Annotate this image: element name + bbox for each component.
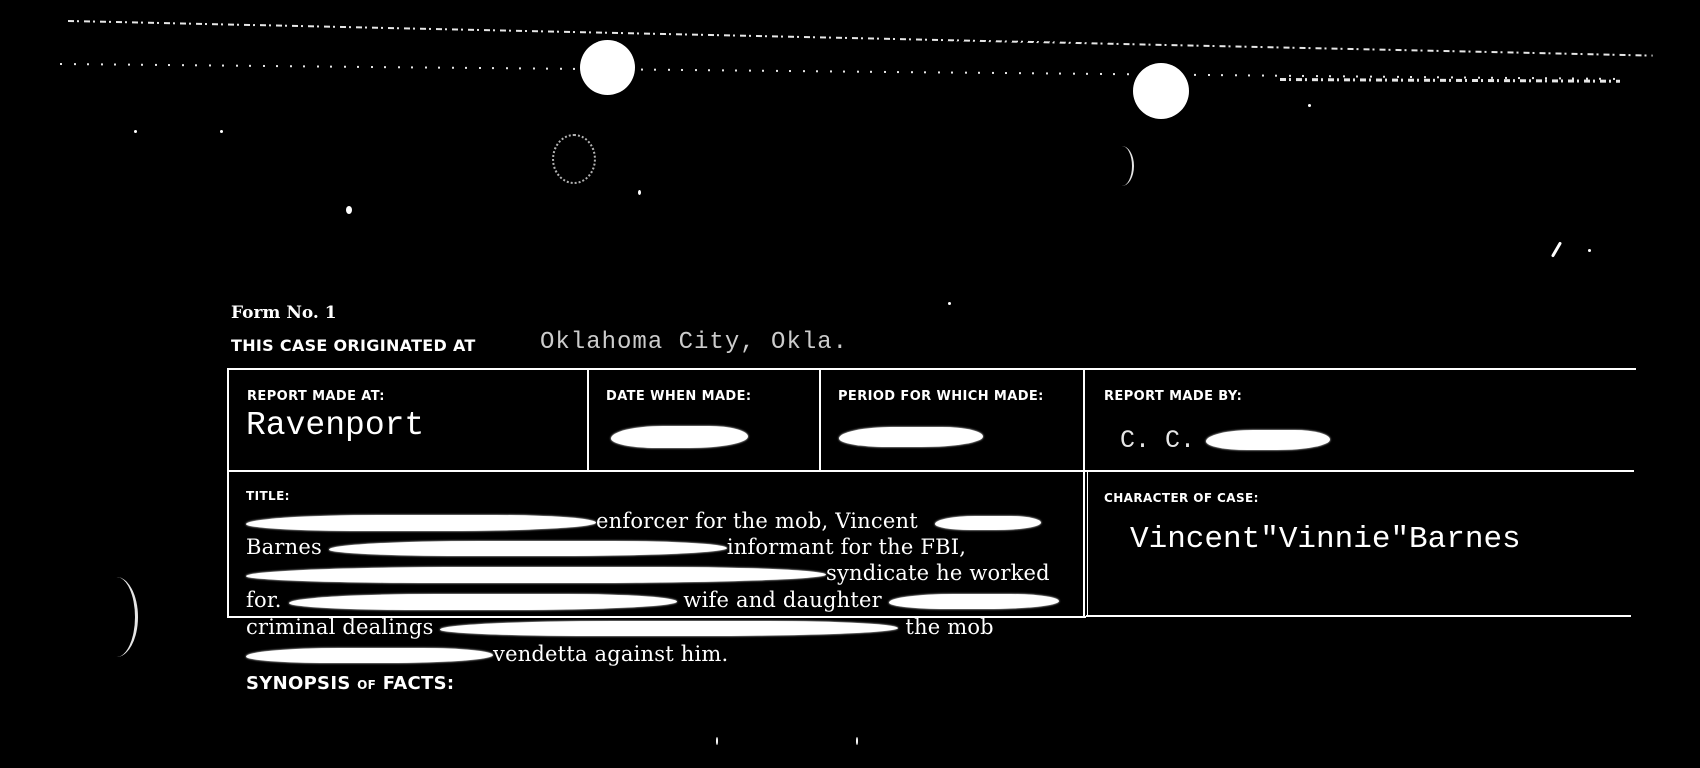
title-line-1: enforcer for the mob, Vincent	[246, 508, 1041, 534]
form-number: Form No. 1	[231, 303, 337, 323]
synopsis-label-of: OF	[357, 678, 376, 692]
scan-speck	[716, 737, 718, 745]
synopsis-label-end: FACTS:	[383, 673, 455, 694]
case-origin-label: THIS CASE ORIGINATED AT	[231, 336, 476, 355]
scan-speck	[638, 190, 641, 195]
column-divider-2	[819, 369, 821, 471]
date-when-made-redaction	[611, 426, 748, 448]
scan-speck	[1588, 249, 1591, 252]
column-divider-3b	[1087, 471, 1088, 617]
title-text: criminal dealings	[246, 615, 434, 639]
title-text: vendetta against him.	[493, 642, 728, 666]
scan-speck	[1551, 241, 1562, 257]
report-made-by-label: REPORT MADE BY:	[1104, 389, 1242, 404]
title-text: the mob	[905, 615, 993, 639]
title-redaction	[329, 541, 727, 556]
scan-speck	[346, 206, 352, 214]
title-line-2: Barnes informant for the FBI,	[246, 534, 966, 560]
title-redaction	[246, 648, 493, 663]
scan-speck	[220, 130, 223, 133]
punch-hole-arc-right	[1110, 146, 1134, 186]
case-origin-value: Oklahoma City, Okla.	[540, 329, 848, 356]
title-redaction	[440, 621, 898, 636]
scan-edge-line-right	[1280, 78, 1620, 83]
table-left-border	[227, 368, 229, 618]
row-divider	[228, 470, 1634, 472]
report-made-at-label: REPORT MADE AT:	[247, 389, 385, 404]
title-line-4: for. wife and daughter	[246, 587, 1059, 613]
title-redaction	[246, 567, 826, 583]
report-made-by-value: C. C.	[1120, 426, 1195, 455]
column-divider-3	[1083, 369, 1085, 617]
title-text: informant for the FBI,	[727, 535, 966, 559]
report-made-by-redaction	[1206, 430, 1330, 450]
punch-hole-ring-left	[552, 134, 596, 184]
title-text: for.	[246, 588, 282, 612]
scan-speck	[856, 737, 858, 745]
scan-speck	[134, 130, 137, 133]
column-divider-1	[587, 369, 589, 471]
scan-speck	[948, 302, 951, 305]
synopsis-of-facts-label: SYNOPSIS OF FACTS:	[246, 673, 454, 694]
report-made-at-value: Ravenport	[246, 407, 424, 444]
title-line-6: vendetta against him.	[246, 641, 728, 667]
period-redaction	[839, 427, 983, 447]
title-label: TITLE:	[246, 489, 290, 503]
title-line-3: syndicate he worked	[246, 560, 1050, 586]
scan-edge-line-second	[60, 63, 1620, 80]
punch-hole-left	[580, 40, 635, 95]
title-text: enforcer for the mob, Vincent	[596, 509, 918, 533]
date-when-made-label: DATE WHEN MADE:	[606, 389, 752, 404]
title-line-5: criminal dealings the mob	[246, 614, 994, 640]
character-of-case-label: CHARACTER OF CASE:	[1104, 491, 1259, 505]
synopsis-label-main: SYNOPSIS	[246, 673, 351, 694]
scan-arc-left	[95, 577, 138, 657]
title-text: syndicate he worked	[826, 561, 1050, 585]
table-top-border	[228, 368, 1636, 370]
character-of-case-value: Vincent"Vinnie"Barnes	[1130, 522, 1521, 557]
title-redaction	[889, 594, 1059, 609]
table-bottom-right	[1086, 615, 1631, 617]
scan-edge-line-top	[68, 20, 1653, 57]
title-text: wife and daughter	[683, 588, 882, 612]
title-text: Barnes	[246, 535, 322, 559]
title-redaction	[246, 515, 596, 531]
title-redaction	[289, 594, 677, 610]
scan-speck	[1308, 104, 1311, 107]
punch-hole-right	[1133, 63, 1189, 119]
title-redaction	[935, 516, 1041, 530]
period-label: PERIOD FOR WHICH MADE:	[838, 389, 1044, 404]
